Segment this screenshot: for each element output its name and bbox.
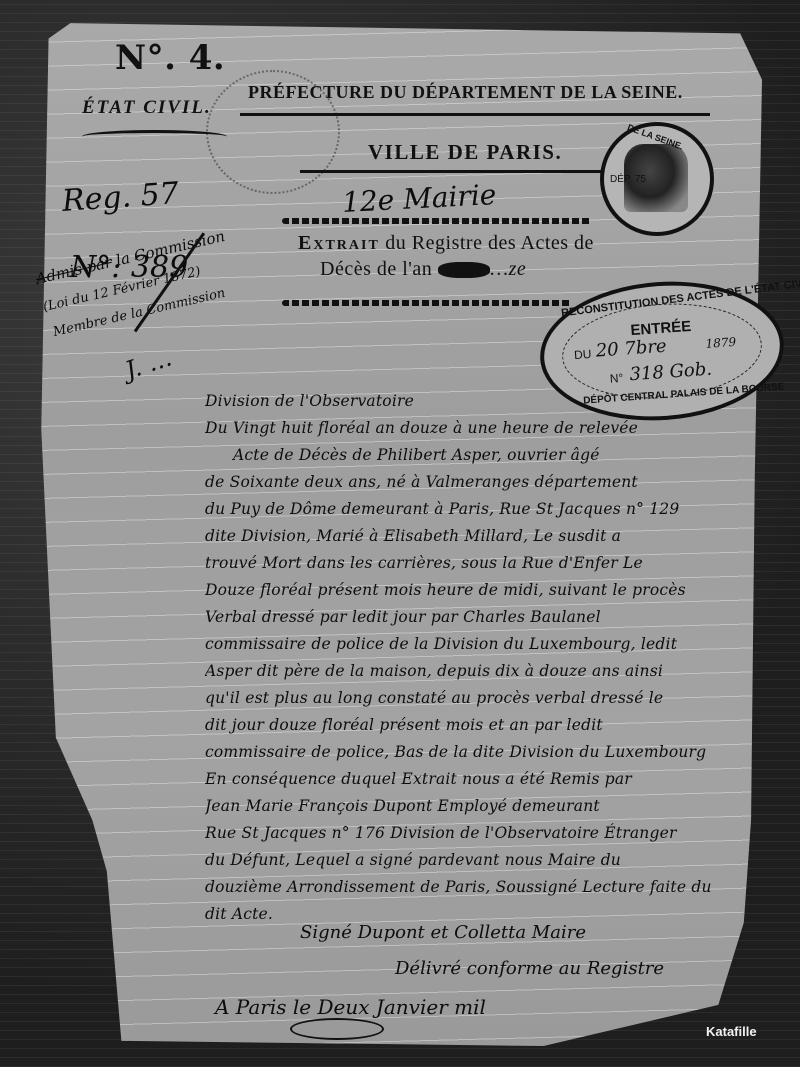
form-number: N°. 4. xyxy=(115,38,225,78)
watermark: Katafille xyxy=(706,1024,757,1039)
header-rule-1 xyxy=(240,113,710,116)
header-rule-2 xyxy=(300,170,620,173)
prefecture-heading: PRÉFECTURE DU DÉPARTEMENT DE LA SEINE. xyxy=(248,82,683,103)
body-line: Asper dit père de la maison, depuis dix … xyxy=(205,658,770,685)
handwritten-body: Division de l'Observatoire Du Vingt huit… xyxy=(205,388,770,928)
wavy-rule-2 xyxy=(282,300,572,306)
body-line: Douze floréal présent mois heure de midi… xyxy=(205,577,770,604)
body-line: Rue St Jacques n° 176 Division de l'Obse… xyxy=(205,820,770,847)
deces-line: Décès de l'an…ze xyxy=(320,258,526,281)
extrait-heading: Extrait du Registre des Actes de xyxy=(298,232,594,255)
stamp-number-label: N° xyxy=(609,371,623,386)
delivered-line: Délivré conforme au Registre xyxy=(395,958,664,979)
body-line: Verbal dressé par ledit jour par Charles… xyxy=(205,604,770,631)
signed-line: Signé Dupont et Colletta Maire xyxy=(300,922,586,943)
place-date-line: A Paris le Deux Janvier mil xyxy=(215,995,486,1019)
deces-label: Décès de l'an xyxy=(320,258,432,280)
body-line: dite Division, Marié à Elisabeth Millard… xyxy=(205,523,770,550)
body-line: trouvé Mort dans les carrières, sous la … xyxy=(205,550,770,577)
body-line: Acte de Décès de Philibert Asper, ouvrie… xyxy=(205,442,770,469)
body-line: commissaire de police de la Division du … xyxy=(205,631,770,658)
wavy-rule-1 xyxy=(282,218,592,224)
deces-year-hand: …ze xyxy=(490,258,526,280)
body-line: du Puy de Dôme demeurant à Paris, Rue St… xyxy=(205,496,770,523)
flourish-ornament xyxy=(290,1018,384,1040)
body-line: qu'il est plus au long constaté au procè… xyxy=(205,685,770,712)
extrait-rest: du Registre des Actes de xyxy=(380,232,594,254)
body-line: Jean Marie François Dupont Employé demeu… xyxy=(205,793,770,820)
body-line: douzième Arrondissement de Paris, Soussi… xyxy=(205,874,770,901)
body-line: du Défunt, Lequel a signé pardevant nous… xyxy=(205,847,770,874)
body-line: commissaire de police, Bas de la dite Di… xyxy=(205,739,770,766)
ink-blot xyxy=(438,262,490,278)
extrait-lead: Extrait xyxy=(298,232,380,254)
body-line: Du Vingt huit floréal an douze à une heu… xyxy=(205,415,770,442)
stamp-year: 1879 xyxy=(705,335,736,351)
body-line: Division de l'Observatoire xyxy=(205,388,770,415)
body-line: de Soixante deux ans, né à Valmeranges d… xyxy=(205,469,770,496)
body-line: dit jour douze floréal présent mois et a… xyxy=(205,712,770,739)
body-line: En conséquence duquel Extrait nous a été… xyxy=(205,766,770,793)
ville-heading: VILLE DE PARIS. xyxy=(368,140,562,165)
seal-side-text: DÉP. 75 xyxy=(610,174,646,185)
etat-civil-heading: ÉTAT CIVIL. xyxy=(82,97,212,119)
brace-ornament xyxy=(82,130,227,143)
department-seal: DE LA SEINE. DÉP. 75 xyxy=(600,122,714,236)
stamp-du-label: DU xyxy=(574,347,592,362)
